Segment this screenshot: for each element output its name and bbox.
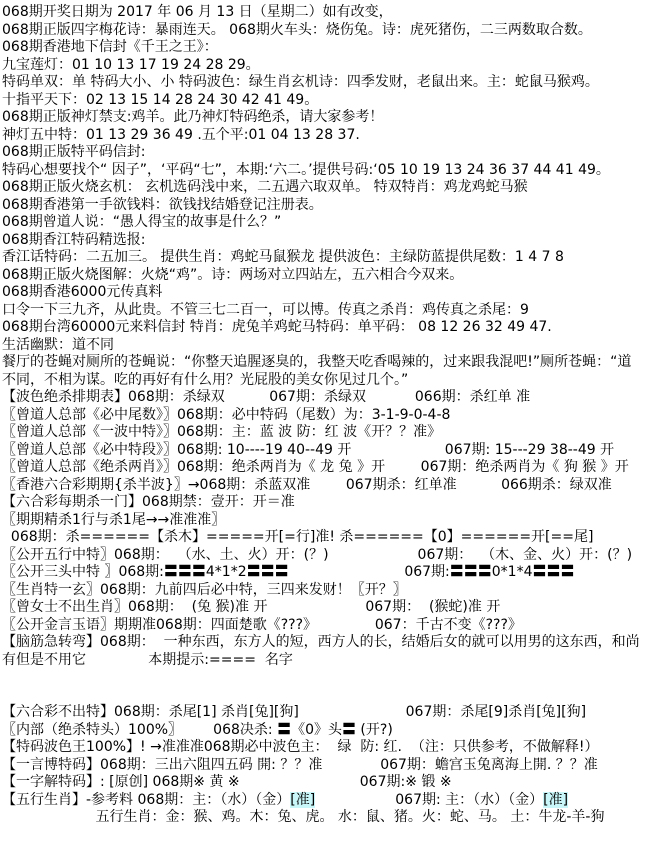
text-segment: 【五行生肖】-参考料 068期：主：（水）（金） — [2, 792, 290, 808]
text-segment: 068期香港6000元传真料 — [2, 284, 162, 300]
text-segment: 【特码波色王100%】! →准准准068期必中波色主： 绿 防: 红. （注：只… — [2, 739, 598, 755]
text-segment — [2, 669, 6, 685]
text-line-36: 〖公开金言玉语〗期期准068期：四面楚歌《???》 067：千古不变《???》 — [2, 617, 668, 635]
text-segment: 香江话特码：二五加三。 提供生肖：鸡蛇马鼠猴龙 提供波色：主绿防蓝提供尾数：1 … — [2, 249, 564, 265]
text-line-11: 068期正版火烧玄机： 玄机选码浅中来，二五遇六取双单。 特双特肖：鸡龙鸡蛇马猴 — [2, 179, 668, 197]
text-segment: 有但是不用它 本期提示:==== 名字 — [2, 652, 293, 668]
text-line-47: 五行生肖：金：猴、鸡。木：兔、虎。 水：鼠、猪。火：蛇、马。 土：牛龙-羊-狗 — [2, 809, 668, 827]
text-line-3: 068期香港地下信封《千王之王》： — [2, 39, 668, 57]
text-segment: 068期正版火烧玄机： 玄机选码浅中来，二五遇六取双单。 特双特肖：鸡龙鸡蛇马猴 — [2, 179, 528, 195]
text-line-13: 068期曾道人说：“愚人得宝的故事是什么？” — [2, 214, 668, 232]
text-segment: 〖内部（绝杀特头）100%〗 068决杀: 〓《0》头〓 (开?) — [2, 722, 393, 738]
text-line-28: 〖香港六合彩期期{杀半波}〗→068期：杀蓝双准 067期杀：红单准 066期杀… — [2, 477, 668, 495]
text-line-18: 口令一下三九齐，从此贵。不管三七二百一，可以博。传真之杀肖：鸡传真之杀尾：9 — [2, 302, 668, 320]
text-line-41: 【六合彩不出特】068期：杀尾[1] 杀肖[兔][狗] 067期：杀尾[9]杀肖… — [2, 704, 668, 722]
text-line-23: 【波色绝杀排期表】068期：杀绿双 067期：杀绿双 066期：杀红单 准 — [2, 389, 668, 407]
text-line-15: 香江话特码：二五加三。 提供生肖：鸡蛇马鼠猴龙 提供波色：主绿防蓝提供尾数：1 … — [2, 249, 668, 267]
text-segment: 067期: 主：（水）（金） — [315, 792, 543, 808]
text-line-31: 068期：杀======【杀木】=====开[=行]准! 杀======【0】=… — [2, 529, 668, 547]
text-segment: 068期正版神灯禁支:鸡羊。此乃神灯特码绝杀，请大家参考！ — [2, 109, 383, 125]
text-segment: 068期正版火烧图解：火烧“鸡”。诗：两场对立四站左，五六相合今双来。 — [2, 267, 463, 283]
text-line-29: 【六合彩每期杀一门】068期禁：壹开：开＝准 — [2, 494, 668, 512]
text-segment: 【波色绝杀排期表】068期：杀绿双 067期：杀绿双 066期：杀红单 准 — [2, 389, 530, 405]
text-segment: 〖生肖特一玄〗068期：九前四后必中特，三四来发财！〖开？〗 — [2, 582, 407, 598]
text-segment: 神灯五中特：01 13 29 36 49 .五个平:01 04 13 28 37… — [2, 127, 360, 143]
text-line-6: 十指平天下：02 13 15 14 28 24 30 42 41 49。 — [2, 92, 668, 110]
text-segment: 餐厅的苍蝇对厕所的苍蝇说：“你整天追腥逐臭的，我整天吃香喝辣的，过来跟我混吧!”… — [2, 354, 631, 370]
text-line-14: 068期香江特码精选报: — [2, 232, 668, 250]
text-segment: 〖期期精杀1行与杀1尾→→准准准〗 — [2, 512, 225, 528]
text-line-38: 有但是不用它 本期提示:==== 名字 — [2, 652, 668, 670]
text-line-22: 不同，不相为谋。吃的再好有什么用？光屁股的美女你见过几个。” — [2, 372, 668, 390]
blank-line-40 — [2, 687, 668, 705]
text-segment: 【脑筋急转弯】068期： 一种东西，东方人的短，西方人的长，结婚后女的就可以用男… — [2, 634, 640, 650]
text-line-42: 〖内部（绝杀特头）100%〗 068决杀: 〓《0》头〓 (开?) — [2, 722, 668, 740]
text-line-17: 068期香港6000元传真料 — [2, 284, 668, 302]
text-segment: 【一字解特码】: [原创] 068期※ 黄 ※ 067期:※ 锻 ※ — [2, 774, 452, 790]
text-segment: 〖公开金言玉语〗期期准068期：四面楚歌《???》 067：千古不变《???》 — [2, 617, 522, 633]
text-line-10: 特码心想要找个“ 因子”，‘平码“七”，本期:‘六二。’提供号码:‘05 10 … — [2, 162, 668, 180]
text-segment: 特码心想要找个“ 因子”，‘平码“七”，本期:‘六二。’提供号码:‘05 10 … — [2, 162, 610, 178]
text-line-5: 特码单双：单 特码大小、小 特码波色：绿生肖玄机诗：四季发财，老鼠出来。主：蛇鼠… — [2, 74, 668, 92]
text-segment: 068期：杀======【杀木】=====开[=行]准! 杀======【0】=… — [2, 529, 593, 545]
text-segment: 【六合彩不出特】068期：杀尾[1] 杀肖[兔][狗] 067期：杀尾[9]杀肖… — [2, 704, 586, 720]
text-line-30: 〖期期精杀1行与杀1尾→→准准准〗 — [2, 512, 668, 530]
text-line-45: 【一字解特码】: [原创] 068期※ 黄 ※ 067期:※ 锻 ※ — [2, 774, 668, 792]
text-line-25: 〖曾道人总部《一波中特》〗068期：主：蓝 波 防：红 波《开？？准》 — [2, 424, 668, 442]
text-line-7: 068期正版神灯禁支:鸡羊。此乃神灯特码绝杀，请大家参考！ — [2, 109, 668, 127]
text-segment — [2, 687, 6, 703]
text-line-16: 068期正版火烧图解：火烧“鸡”。诗：两场对立四站左，五六相合今双来。 — [2, 267, 668, 285]
text-segment: 〖曾道人总部《必中特段》〗068期: 10----19 40--49 开 067… — [2, 442, 614, 458]
text-segment: 068期开奖日期为 2017 年 06 月 13 日（星期二）如有改变， — [2, 4, 393, 20]
blank-line-39 — [2, 669, 668, 687]
text-segment: 068期香港地下信封《千王之王》： — [2, 39, 218, 55]
text-line-37: 【脑筋急转弯】068期： 一种东西，东方人的短，西方人的长，结婚后女的就可以用男… — [2, 634, 668, 652]
text-line-43: 【特码波色王100%】! →准准准068期必中波色主： 绿 防: 红. （注：只… — [2, 739, 668, 757]
text-segment: 068期正版特平码信封: — [2, 144, 145, 160]
text-line-12: 068期香港第一手欲钱料：欲钱找结婚登记注册表。 — [2, 197, 668, 215]
text-segment: 〖曾道人总部《必中尾数》〗068期：必中特码（尾数）为：3-1-9-0-4-8 — [2, 407, 450, 423]
text-segment: 十指平天下：02 13 15 14 28 24 30 42 41 49。 — [2, 92, 318, 108]
text-segment: 不同，不相为谋。吃的再好有什么用？光屁股的美女你见过几个。” — [2, 372, 408, 388]
text-line-2: 068期正版四字梅花诗：暴雨连天。 068期火车头：烧伤兔。诗：虎死猪伤，二三两… — [2, 22, 668, 40]
text-line-8: 神灯五中特：01 13 29 36 49 .五个平:01 04 13 28 37… — [2, 127, 668, 145]
text-segment: 〖香港六合彩期期{杀半波}〗→068期：杀蓝双准 067期杀：红单准 066期杀… — [2, 477, 612, 493]
text-line-1: 068期开奖日期为 2017 年 06 月 13 日（星期二）如有改变， — [2, 4, 668, 22]
accurate-hit-badge: [准] — [543, 792, 568, 808]
text-line-44: 【一言博特码】068期：三出六阻四五码 開: ？？准 067期：蟾宫玉兔离海上開… — [2, 757, 668, 775]
text-line-33: 〖公开三头中特 〗068期:〓〓〓4*1*2〓〓〓 067期:〓〓〓0*1*4〓… — [2, 564, 668, 582]
text-segment: 〖曾道人总部《一波中特》〗068期：主：蓝 波 防：红 波《开？？准》 — [2, 424, 441, 440]
lottery-tips-document: 068期开奖日期为 2017 年 06 月 13 日（星期二）如有改变，068期… — [0, 0, 670, 827]
text-line-34: 〖生肖特一玄〗068期：九前四后必中特，三四来发财！〖开？〗 — [2, 582, 668, 600]
text-line-46: 【五行生肖】-参考料 068期：主：（水）（金）[准] 067期: 主：（水）（… — [2, 792, 668, 810]
text-segment: 068期台湾60000元来料信封 特肖：虎兔羊鸡蛇马特码：单平码： 08 12 … — [2, 319, 552, 335]
text-line-9: 068期正版特平码信封: — [2, 144, 668, 162]
text-line-27: 〖曾道人总部《绝杀两肖》〗068期：绝杀两肖为《 龙 兔 》开 067期：绝杀两… — [2, 459, 668, 477]
text-line-24: 〖曾道人总部《必中尾数》〗068期：必中特码（尾数）为：3-1-9-0-4-8 — [2, 407, 668, 425]
text-segment: 068期曾道人说：“愚人得宝的故事是什么？” — [2, 214, 281, 230]
text-segment: 五行生肖：金：猴、鸡。木：兔、虎。 水：鼠、猪。火：蛇、马。 土：牛龙-羊-狗 — [2, 809, 604, 825]
text-segment: 口令一下三九齐，从此贵。不管三七二百一，可以博。传真之杀肖：鸡传真之杀尾：9 — [2, 302, 529, 318]
text-line-21: 餐厅的苍蝇对厕所的苍蝇说：“你整天追腥逐臭的，我整天吃香喝辣的，过来跟我混吧!”… — [2, 354, 668, 372]
text-line-20: 生活幽默：道不同 — [2, 337, 668, 355]
text-line-4: 九宝莲灯：01 10 13 17 19 24 28 29。 — [2, 57, 668, 75]
text-segment: 生活幽默：道不同 — [2, 337, 114, 353]
text-line-19: 068期台湾60000元来料信封 特肖：虎兔羊鸡蛇马特码：单平码： 08 12 … — [2, 319, 668, 337]
text-line-26: 〖曾道人总部《必中特段》〗068期: 10----19 40--49 开 067… — [2, 442, 668, 460]
text-line-32: 〖公开五行中特〗068期： （水、土、火）开：(？) 067期： （木、金、火）… — [2, 547, 668, 565]
accurate-hit-badge: [准] — [290, 792, 315, 808]
text-segment: 【一言博特码】068期：三出六阻四五码 開: ？？准 067期：蟾宫玉兔离海上開… — [2, 757, 598, 773]
text-segment: 特码单双：单 特码大小、小 特码波色：绿生肖玄机诗：四季发财，老鼠出来。主：蛇鼠… — [2, 74, 599, 90]
text-segment: 九宝莲灯：01 10 13 17 19 24 28 29。 — [2, 57, 260, 73]
text-segment: 〖曾道人总部《绝杀两肖》〗068期：绝杀两肖为《 龙 兔 》开 067期：绝杀两… — [2, 459, 629, 475]
text-segment: 〖曾女士不出生肖〗068期： (兔 猴)准 开 067期： (猴蛇)准 开 — [2, 599, 500, 615]
text-segment: 【六合彩每期杀一门】068期禁：壹开：开＝准 — [2, 494, 295, 510]
text-segment: 068期香江特码精选报: — [2, 232, 145, 248]
text-line-35: 〖曾女士不出生肖〗068期： (兔 猴)准 开 067期： (猴蛇)准 开 — [2, 599, 668, 617]
text-segment: 068期正版四字梅花诗：暴雨连天。 068期火车头：烧伤兔。诗：虎死猪伤，二三两… — [2, 22, 592, 38]
text-segment: 068期香港第一手欲钱料：欲钱找结婚登记注册表。 — [2, 197, 323, 213]
text-segment: 〖公开三头中特 〗068期:〓〓〓4*1*2〓〓〓 067期:〓〓〓0*1*4〓… — [2, 564, 574, 580]
text-segment: 〖公开五行中特〗068期： （水、土、火）开：(？) 067期： （木、金、火）… — [2, 547, 632, 563]
